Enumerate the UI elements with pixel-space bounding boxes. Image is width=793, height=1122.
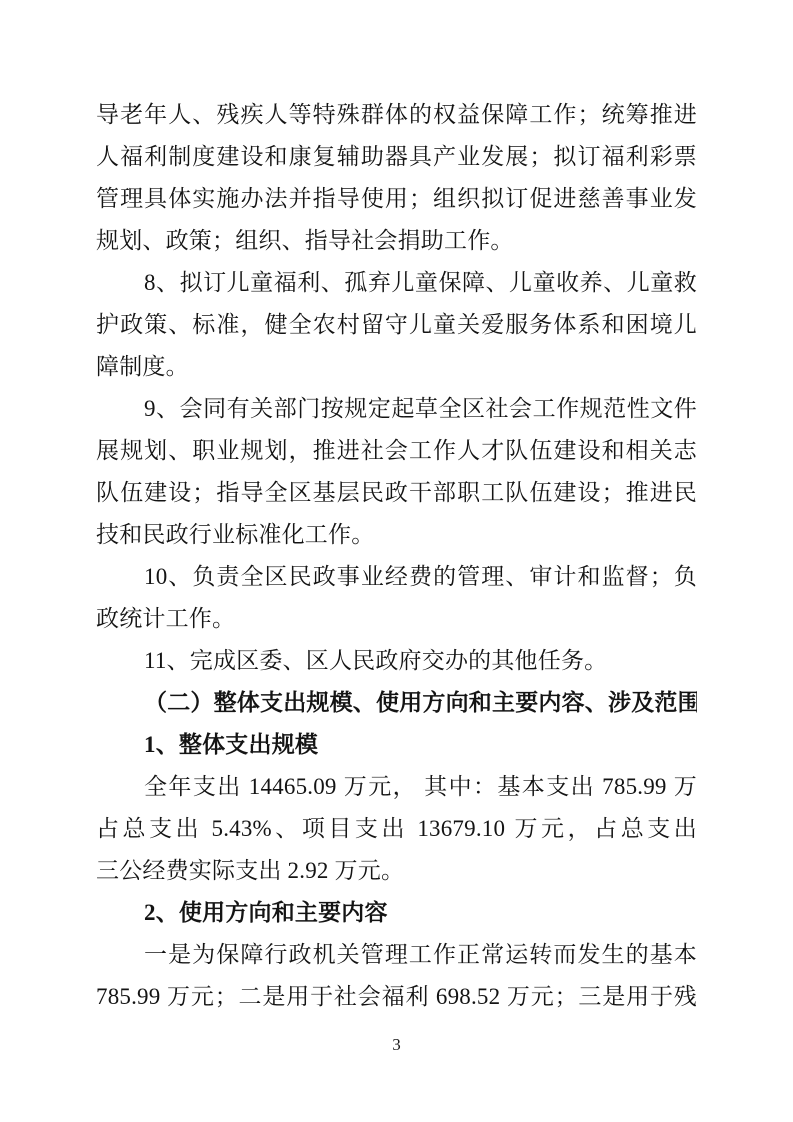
heading-line: （二）整体支出规模、使用方向和主要内容、涉及范围 — [96, 682, 697, 724]
text-line: 三公经费实际支出 2.92 万元。 — [96, 850, 697, 892]
text-line: 全年支出 14465.09 万元， 其中：基本支出 785.99 万元， — [96, 766, 697, 808]
text-line: 展规划、职业规划，推进社会工作人才队伍建设和相关志愿者 — [96, 430, 697, 472]
text-line: 管理具体实施办法并指导使用；组织拟订促进慈善事业发展的 — [96, 178, 697, 220]
text-line: 11、完成区委、区人民政府交办的其他任务。 — [96, 640, 697, 682]
heading-line: 1、整体支出规模 — [96, 724, 697, 766]
text-line: 一是为保障行政机关管理工作正常运转而发生的基本支出 — [96, 934, 697, 976]
text-line: 785.99 万元；二是用于社会福利 698.52 万元；三是用于残疾人 — [96, 976, 697, 1018]
document-body: 导老年人、残疾人等特殊群体的权益保障工作；统筹推进残疾人福利制度建设和康复辅助器… — [96, 94, 697, 1018]
page-number: 3 — [0, 1033, 793, 1057]
text-line: 占总支出 5.43%、项目支出 13679.10 万元，占总支出 94.57%，… — [96, 808, 697, 850]
text-line: 护政策、标准，健全农村留守儿童关爱服务体系和困境儿童保 — [96, 304, 697, 346]
text-line: 10、负责全区民政事业经费的管理、审计和监督；负责民 — [96, 556, 697, 598]
text-line: 技和民政行业标准化工作。 — [96, 514, 697, 556]
document-page: 导老年人、残疾人等特殊群体的权益保障工作；统筹推进残疾人福利制度建设和康复辅助器… — [0, 0, 793, 1122]
text-line: 人福利制度建设和康复辅助器具产业发展；拟订福利彩票发行 — [96, 136, 697, 178]
heading-line: 2、使用方向和主要内容 — [96, 892, 697, 934]
text-line: 队伍建设；指导全区基层民政干部职工队伍建设；推进民政科 — [96, 472, 697, 514]
text-line: 9、会同有关部门按规定起草全区社会工作规范性文件和发 — [96, 388, 697, 430]
text-line: 8、拟订儿童福利、孤弃儿童保障、儿童收养、儿童救助保 — [96, 262, 697, 304]
text-line: 导老年人、残疾人等特殊群体的权益保障工作；统筹推进残疾 — [96, 94, 697, 136]
text-line: 障制度。 — [96, 346, 697, 388]
text-line: 政统计工作。 — [96, 598, 697, 640]
text-line: 规划、政策；组织、指导社会捐助工作。 — [96, 220, 697, 262]
